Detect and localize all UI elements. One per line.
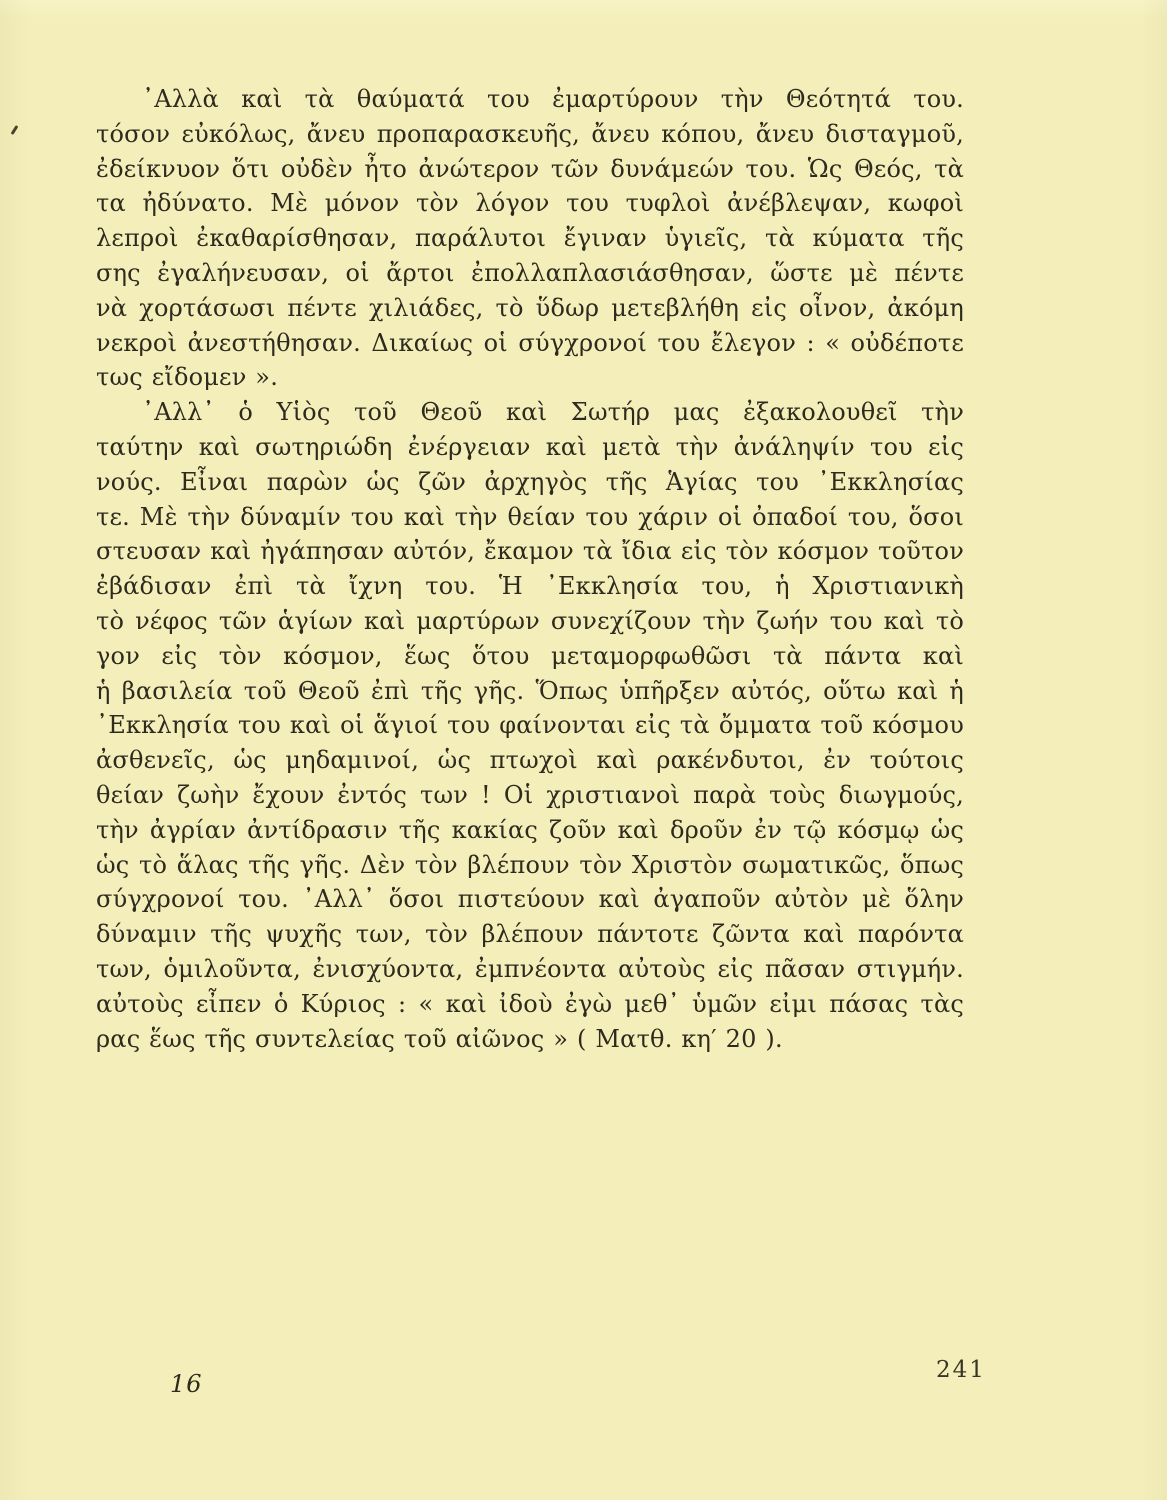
text-line: ρας ἕως τῆς συντελείας τοῦ αἰῶνος » ( Μα… — [96, 1022, 964, 1057]
text-line: νεκροὶ ἀνεστήθησαν. Δικαίως οἱ σύγχρονοί… — [96, 326, 964, 361]
text-line: ᾿Εκκλησία του καὶ οἱ ἅγιοί του φαίνονται… — [96, 708, 964, 743]
text-line: τως εἴδομεν ». — [96, 360, 964, 395]
text-line: των, ὁμιλοῦντα, ἐνισχύοντα, ἐμπνέοντα αὐ… — [96, 952, 964, 987]
text-line: ἀσθενεῖς, ὡς μηδαμινοί, ὡς πτωχοὶ καὶ ρα… — [96, 743, 964, 778]
text-line: σης ἐγαλήνευσαν, οἱ ἄρτοι ἐπολλαπλασιάσθ… — [96, 256, 964, 291]
text-line: σύγχρονοί του. ᾿Αλλ᾽ ὅσοι πιστεύουν καὶ … — [96, 882, 964, 917]
text-line: τόσον εὐκόλως, ἄνευ προπαρασκευῆς, ἄνευ … — [96, 117, 964, 152]
text-line: τὴν ἀγρίαν ἀντίδρασιν τῆς κακίας ζοῦν κα… — [96, 813, 964, 848]
text-line: ἐβάδισαν ἐπὶ τὰ ἴχνη του. Ἡ ᾿Εκκλησία το… — [96, 569, 964, 604]
text-line: ἡ βασιλεία τοῦ Θεοῦ ἐπὶ τῆς γῆς. Ὅπως ὑπ… — [96, 674, 964, 709]
page-number-right: 241 — [936, 1357, 986, 1383]
folio-number-left: 16 — [170, 1370, 203, 1398]
text-block: ᾿Αλλὰ καὶ τὰ θαύματά του ἐμαρτύρουν τὴν … — [96, 82, 964, 1056]
text-line: ᾿Αλλὰ καὶ τὰ θαύματά του ἐμαρτύρουν τὴν … — [96, 82, 964, 117]
text-line: τα ἠδύνατο. Μὲ μόνον τὸν λόγον του τυφλο… — [96, 186, 964, 221]
text-line: αὐτοὺς εἶπεν ὁ Κύριος : « καὶ ἰδοὺ ἐγὼ μ… — [96, 987, 964, 1022]
ink-speck — [11, 125, 19, 135]
book-page: ᾿Αλλὰ καὶ τὰ θαύματά του ἐμαρτύρουν τὴν … — [0, 0, 1167, 1500]
text-line: τε. Μὲ τὴν δύναμίν του καὶ τὴν θείαν του… — [96, 500, 964, 535]
paragraph: ᾿Αλλὰ καὶ τὰ θαύματά του ἐμαρτύρουν τὴν … — [96, 82, 964, 395]
text-line: νούς. Εἶναι παρὼν ὡς ζῶν ἀρχηγὸς τῆς Ἁγί… — [96, 465, 964, 500]
text-line: νὰ χορτάσωσι πέντε χιλιάδες, τὸ ὕδωρ μετ… — [96, 291, 964, 326]
text-line: ᾿Αλλ᾽ ὁ Υἱὸς τοῦ Θεοῦ καὶ Σωτήρ μας ἐξακ… — [96, 395, 964, 430]
text-line: ὡς τὸ ἅλας τῆς γῆς. Δὲν τὸν βλέπουν τὸν … — [96, 848, 964, 883]
text-line: δύναμιν τῆς ψυχῆς των, τὸν βλέπουν πάντο… — [96, 917, 964, 952]
text-line: θείαν ζωὴν ἔχουν ἐντός των ! Οἱ χριστιαν… — [96, 778, 964, 813]
text-line: στευσαν καὶ ἠγάπησαν αὐτόν, ἔκαμον τὰ ἴδ… — [96, 534, 964, 569]
text-line: τὸ νέφος τῶν ἁγίων καὶ μαρτύρων συνεχίζο… — [96, 604, 964, 639]
text-line: ἐδείκνυον ὅτι οὐδὲν ἦτο ἀνώτερον τῶν δυν… — [96, 152, 964, 187]
text-line: ταύτην καὶ σωτηριώδη ἐνέργειαν καὶ μετὰ … — [96, 430, 964, 465]
text-line: λεπροὶ ἐκαθαρίσθησαν, παράλυτοι ἔγιναν ὑ… — [96, 221, 964, 256]
paragraph: ᾿Αλλ᾽ ὁ Υἱὸς τοῦ Θεοῦ καὶ Σωτήρ μας ἐξακ… — [96, 395, 964, 1056]
text-line: γον εἰς τὸν κόσμον, ἕως ὅτου μεταμορφωθῶ… — [96, 639, 964, 674]
